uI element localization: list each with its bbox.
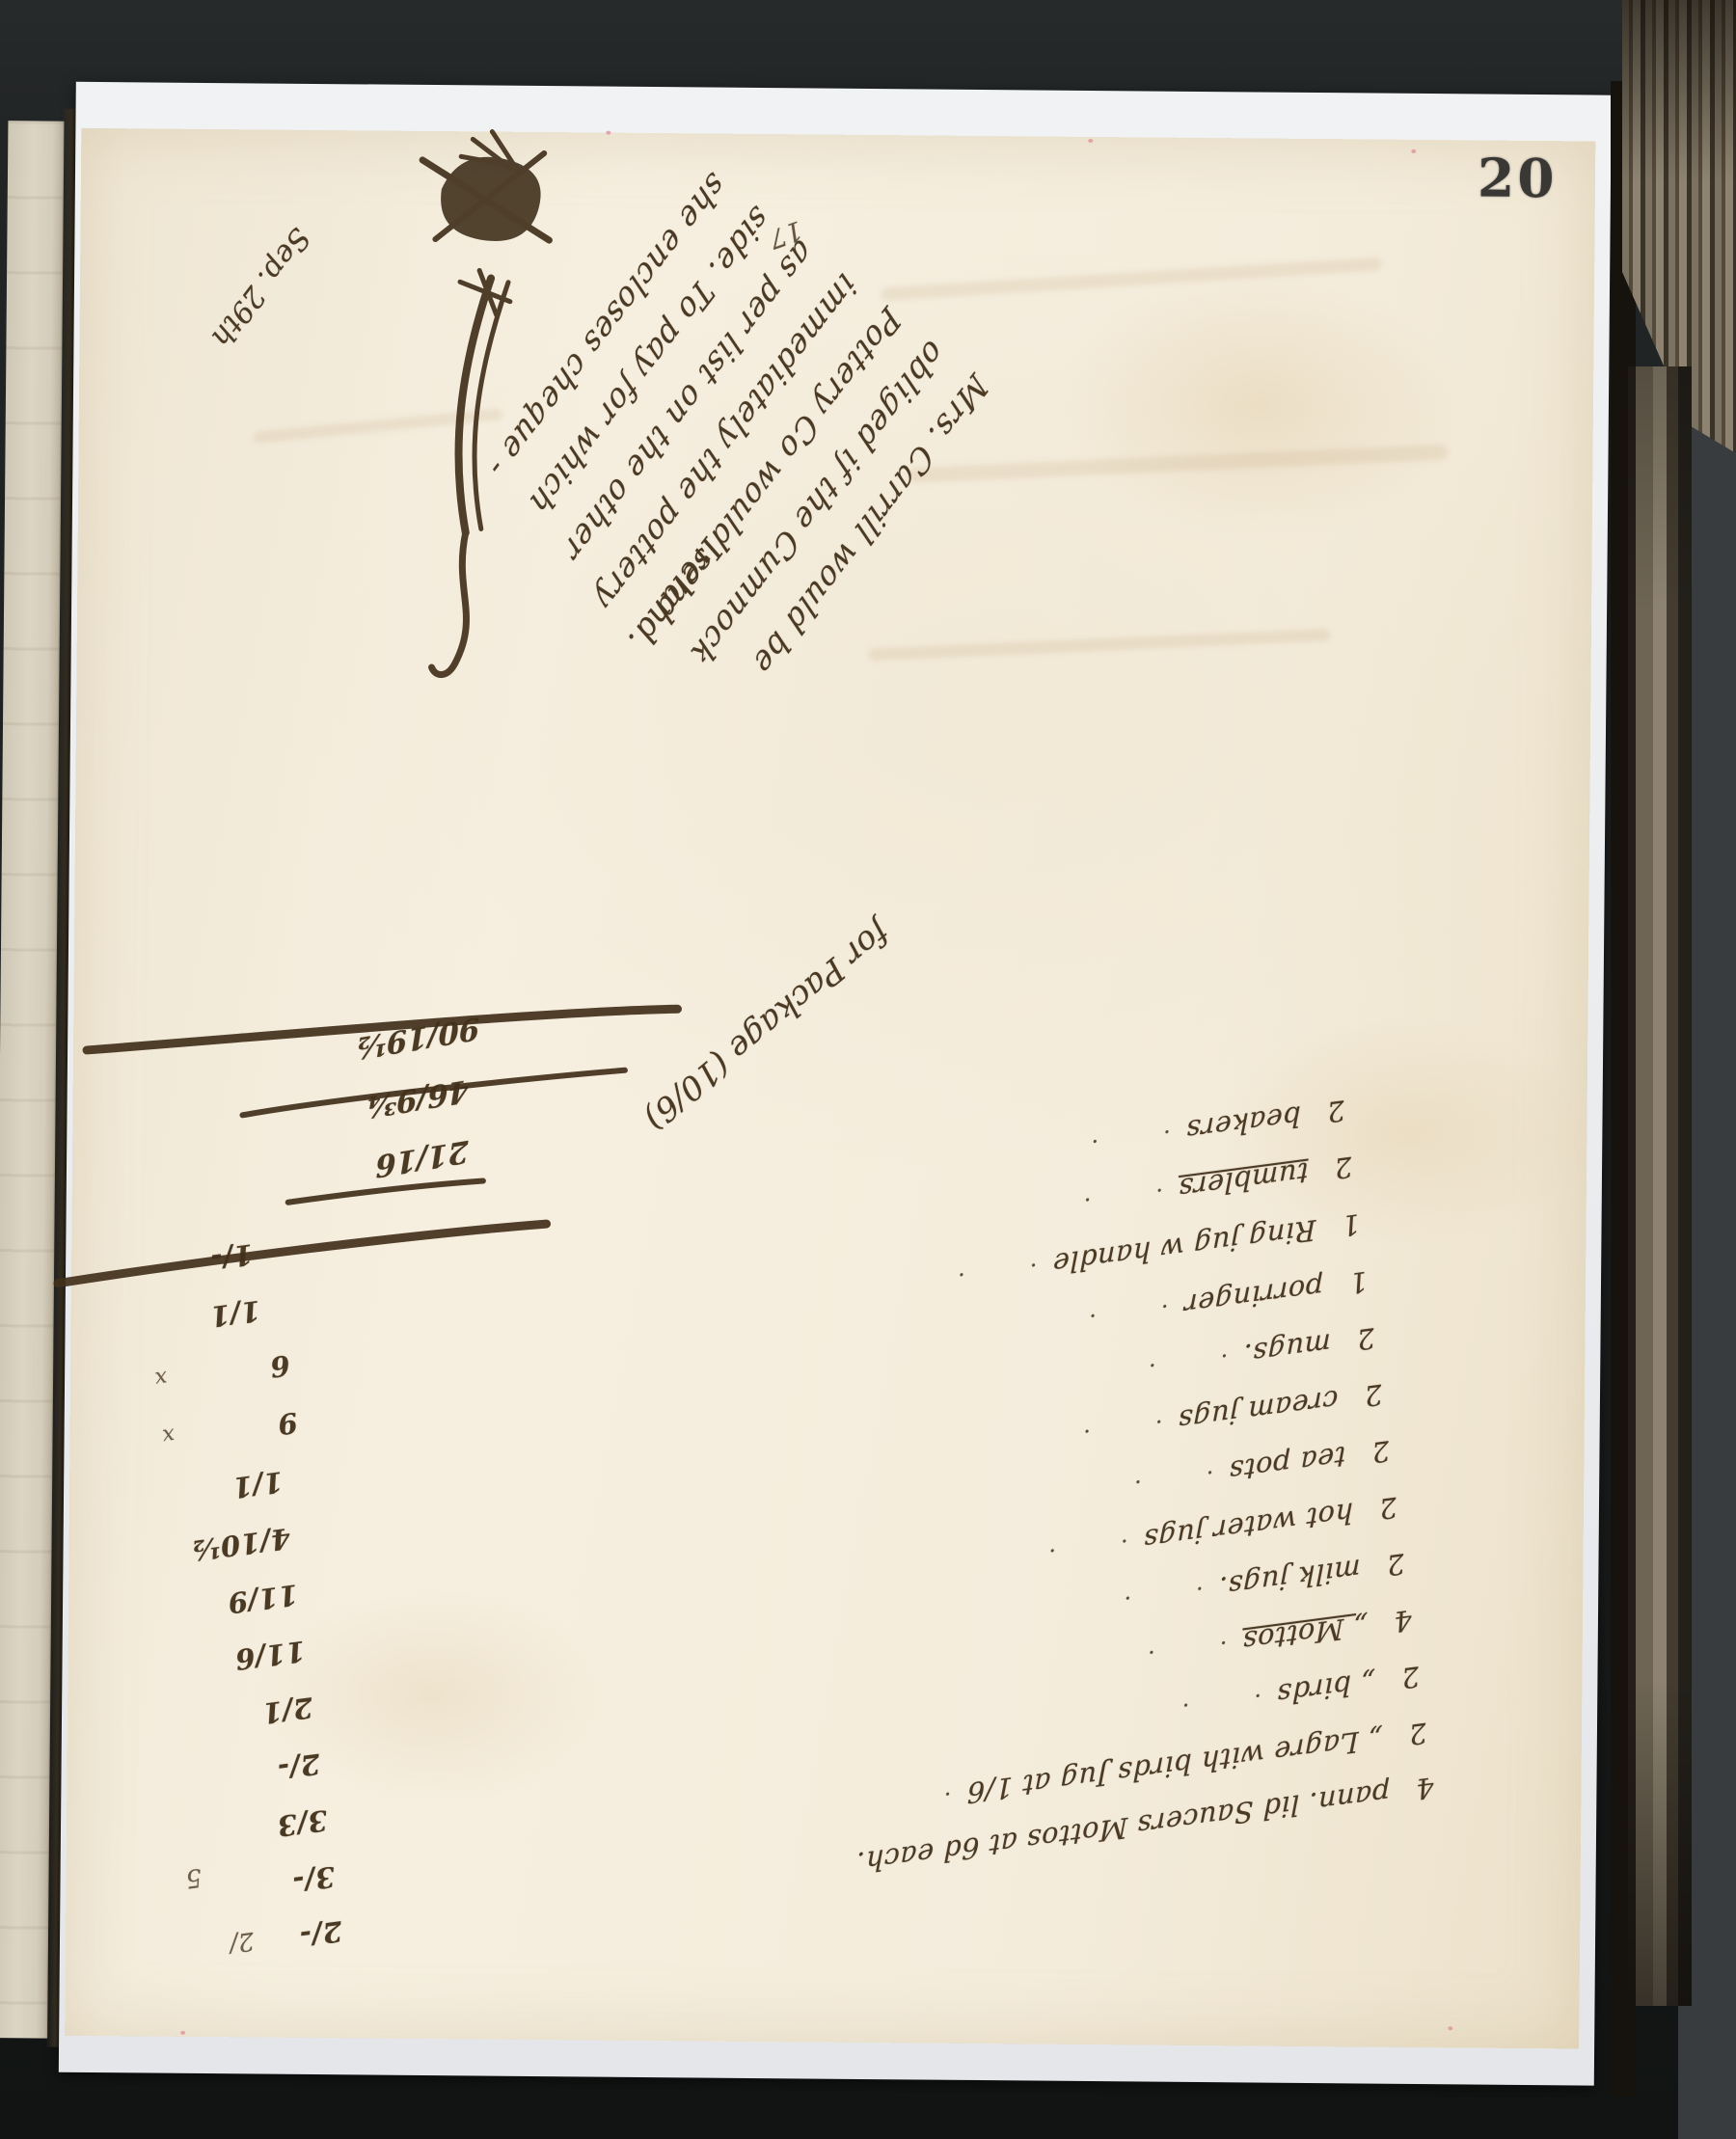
margin-mark: 2/ (228, 1926, 256, 1958)
edge-speck (180, 2031, 185, 2035)
item-cell: mugs. (1243, 1315, 1331, 1382)
totals-figures: 21/1646/9¾90/19½ (351, 987, 571, 1195)
qty-cell: 2 (1342, 1422, 1393, 1483)
verso-ghost-mark (881, 257, 1382, 301)
edge-speck (1088, 139, 1093, 143)
edge-speck (1411, 149, 1416, 153)
verso-ghost-mark (868, 629, 1331, 662)
account-list: 4pann. lid Saucers Mottos at 6d each.2/-… (136, 1080, 1437, 1972)
qty-cell: 2 (1335, 1367, 1386, 1427)
qty-cell: 1 (1319, 1254, 1370, 1314)
verso-ghost-mark (908, 445, 1448, 483)
photo-stage: 20 17 Sep. 29th Mrs. Carrill would beobl… (0, 0, 1736, 2139)
edge-speck (606, 131, 610, 135)
bound-volume: 20 17 Sep. 29th Mrs. Carrill would beobl… (0, 0, 1736, 2139)
qty-cell: 4 (1365, 1592, 1416, 1653)
verso-ghost-mark (253, 408, 503, 444)
qty-cell: 2 (1305, 1139, 1356, 1200)
edge-speck (1448, 2026, 1452, 2030)
qty-cell: 2 (1327, 1310, 1378, 1370)
qty-cell: 2 (1297, 1082, 1348, 1143)
page-number-stamp: 20 (1478, 146, 1558, 209)
book-fore-edge (1628, 366, 1692, 2006)
qty-cell: 2 (1357, 1535, 1408, 1596)
qty-cell: 2 (1379, 1705, 1430, 1766)
qty-cell: 2 (1349, 1479, 1400, 1540)
qty-cell: 4 (1386, 1759, 1437, 1820)
qty-cell: 2 (1371, 1648, 1423, 1709)
qty-cell: 1 (1313, 1196, 1364, 1257)
